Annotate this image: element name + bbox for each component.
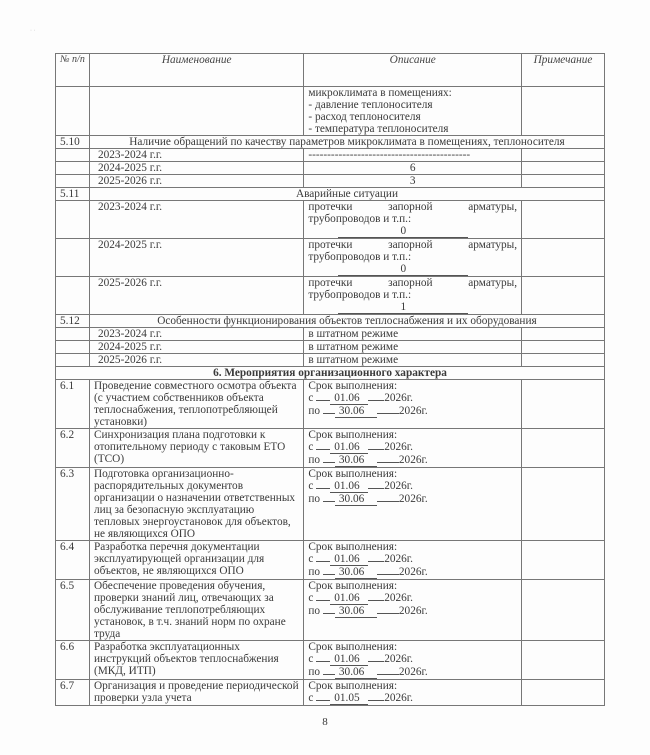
measure-deadline: Срок выполнения:с 01.062026г.по 30.06202…: [304, 468, 522, 541]
incident-count: 0: [338, 263, 468, 276]
period-row: 2024-2025 г.г.6: [56, 162, 605, 175]
period-value: 3: [304, 175, 522, 188]
incident-count: 1: [338, 301, 468, 314]
measure-row: 6.7Организация и проведение периодическо…: [56, 680, 605, 706]
measure-row: 6.1Проведение совместного осмотра объект…: [56, 380, 605, 429]
incident-count: 0: [338, 225, 468, 238]
measure-num: 6.1: [56, 380, 90, 429]
header-desc: Описание: [304, 54, 522, 87]
measure-row: 6.5Обеспечение проведения обучения, пров…: [56, 580, 605, 641]
header-num: № п/п: [56, 54, 90, 87]
measure-row: 6.2Синхронизация плана подготовки к отоп…: [56, 429, 605, 468]
measure-deadline: Срок выполнения:с 01.062026г.по 30.06202…: [304, 641, 522, 680]
section-6-title: 6. Мероприятия организационного характер…: [56, 367, 605, 380]
section-row-s511: 5.11Аварийные ситуации: [56, 188, 605, 201]
page-number: 8: [0, 716, 650, 728]
measure-num: 6.2: [56, 429, 90, 468]
document-table: № п/п Наименование Описание Примечание м…: [55, 53, 605, 706]
table-header-row: № п/п Наименование Описание Примечание: [56, 54, 605, 87]
period-value: в штатном режиме: [304, 354, 522, 367]
period-row: 2024-2025 г.г.в штатном режиме: [56, 341, 605, 354]
measure-num: 6.5: [56, 580, 90, 641]
period-row: 2023-2024 г.г.--------------------------…: [56, 149, 605, 162]
measure-num: 6.4: [56, 541, 90, 580]
measure-deadline: Срок выполнения:с 01.062026г.по 30.06202…: [304, 429, 522, 468]
measure-note: [522, 429, 605, 468]
period-label: 2023-2024 г.г.: [89, 149, 303, 162]
measure-note: [522, 580, 605, 641]
period-value: в штатном режиме: [304, 341, 522, 354]
period-row: 2023-2024 г.г.протечкизапорнойарматуры,т…: [56, 201, 605, 239]
measure-name: Обеспечение проведения обучения, проверк…: [89, 580, 303, 641]
measure-name: Разработка перечня документации эксплуат…: [89, 541, 303, 580]
measure-row: 6.4Разработка перечня документации экспл…: [56, 541, 605, 580]
scan-artifact: · ·: [30, 28, 36, 34]
period-label: 2023-2024 г.г.: [89, 201, 303, 239]
measure-row: 6.3Подготовка организационно-распорядите…: [56, 468, 605, 541]
header-note: Примечание: [522, 54, 605, 87]
measure-note: [522, 380, 605, 429]
section-num: 5.12: [56, 315, 90, 328]
period-row: 2025-2026 г.г.в штатном режиме: [56, 354, 605, 367]
continuation-desc: микроклимата в помещениях: - давление те…: [304, 87, 522, 136]
measure-row: 6.6Разработка эксплуатационных инструкци…: [56, 641, 605, 680]
period-label: 2024-2025 г.г.: [89, 341, 303, 354]
measure-name: Синхронизация плана подготовки к отопите…: [89, 429, 303, 468]
measure-name: Разработка эксплуатационных инструкций о…: [89, 641, 303, 680]
period-label: 2025-2026 г.г.: [89, 175, 303, 188]
section-title: Аварийные ситуации: [89, 188, 604, 201]
section-num: 5.10: [56, 136, 90, 149]
period-row: 2023-2024 г.г.в штатном режиме: [56, 328, 605, 341]
measure-deadline: Срок выполнения:с 01.062026г.по 30.06202…: [304, 380, 522, 429]
section-num: 5.11: [56, 188, 90, 201]
period-value: протечкизапорнойарматуры,трубопроводов и…: [304, 239, 522, 277]
measure-num: 6.3: [56, 468, 90, 541]
section-title: Особенности функционирования объектов те…: [89, 315, 604, 328]
measure-num: 6.7: [56, 680, 90, 706]
period-label: 2025-2026 г.г.: [89, 277, 303, 315]
period-value: ----------------------------------------…: [304, 149, 522, 162]
section-row-s510: 5.10Наличие обращений по качеству параме…: [56, 136, 605, 149]
section-title: Наличие обращений по качеству параметров…: [89, 136, 604, 149]
period-row: 2025-2026 г.г.3: [56, 175, 605, 188]
continuation-row: микроклимата в помещениях: - давление те…: [56, 87, 605, 136]
period-label: 2025-2026 г.г.: [89, 354, 303, 367]
section-row-s512: 5.12Особенности функционирования объекто…: [56, 315, 605, 328]
measure-note: [522, 680, 605, 706]
header-name: Наименование: [89, 54, 303, 87]
measure-deadline: Срок выполнения:с 01.052026г.: [304, 680, 522, 706]
period-label: 2024-2025 г.г.: [89, 162, 303, 175]
period-value: протечкизапорнойарматуры,трубопроводов и…: [304, 201, 522, 239]
measure-name: Организация и проведение периодической п…: [89, 680, 303, 706]
period-row: 2024-2025 г.г.протечкизапорнойарматуры,т…: [56, 239, 605, 277]
section-6-header: 6. Мероприятия организационного характер…: [56, 367, 605, 380]
measure-name: Подготовка организационно-распорядительн…: [89, 468, 303, 541]
period-value: протечкизапорнойарматуры,трубопроводов и…: [304, 277, 522, 315]
measure-note: [522, 541, 605, 580]
measure-num: 6.6: [56, 641, 90, 680]
period-label: 2023-2024 г.г.: [89, 328, 303, 341]
period-value: в штатном режиме: [304, 328, 522, 341]
period-label: 2024-2025 г.г.: [89, 239, 303, 277]
measure-deadline: Срок выполнения:с 01.062026г.по 30.06202…: [304, 580, 522, 641]
period-value: 6: [304, 162, 522, 175]
measure-note: [522, 641, 605, 680]
period-row: 2025-2026 г.г.протечкизапорнойарматуры,т…: [56, 277, 605, 315]
measure-note: [522, 468, 605, 541]
measure-name: Проведение совместного осмотра объекта (…: [89, 380, 303, 429]
measure-deadline: Срок выполнения:с 01.062026г.по 30.06202…: [304, 541, 522, 580]
